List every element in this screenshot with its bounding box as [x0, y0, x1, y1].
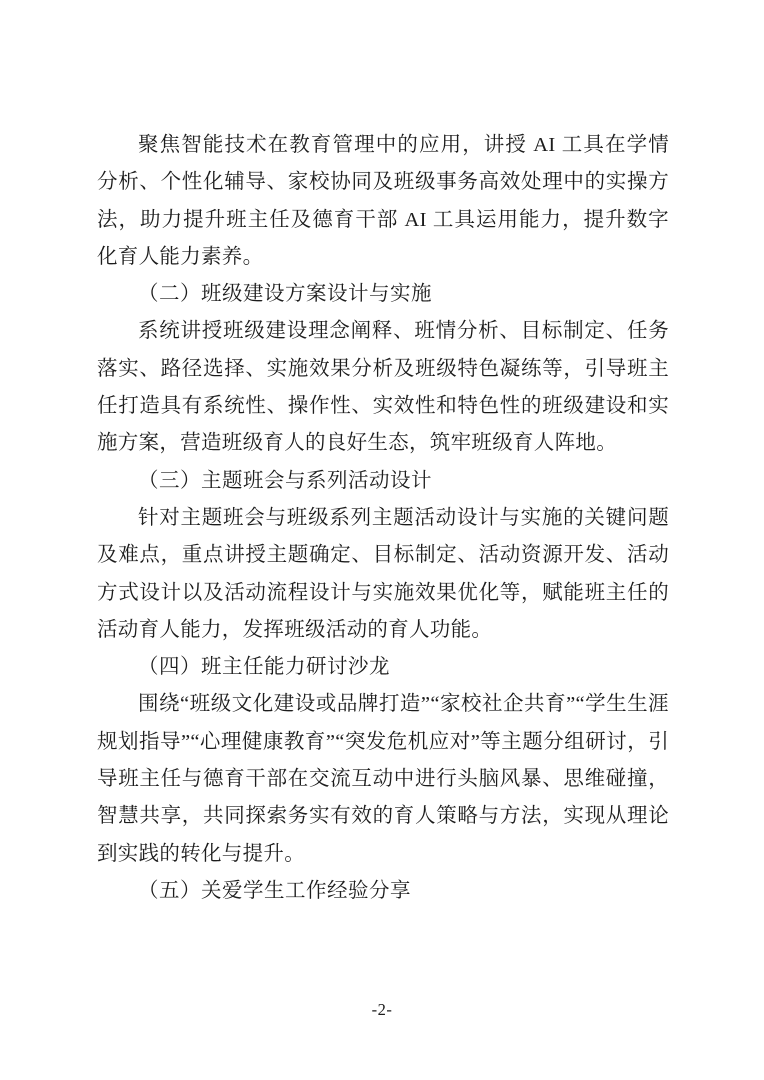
section-heading-3-theme-class-meeting: （三）主题班会与系列活动设计: [97, 463, 669, 500]
paragraph-theme-activity-design: 针对主题班会与班级系列主题活动设计与实施的关键问题及难点，重点讲授主题确定、目标…: [97, 500, 669, 649]
section-heading-4-ability-salon: （四）班主任能力研讨沙龙: [97, 649, 669, 686]
section-heading-5-student-care-sharing: （五）关爱学生工作经验分享: [97, 873, 669, 910]
document-page: 聚焦智能技术在教育管理中的应用，讲授 AI 工具在学情分析、个性化辅导、家校协同…: [0, 0, 764, 1080]
document-body: 聚焦智能技术在教育管理中的应用，讲授 AI 工具在学情分析、个性化辅导、家校协同…: [97, 127, 669, 910]
paragraph-ai-education-tools: 聚焦智能技术在教育管理中的应用，讲授 AI 工具在学情分析、个性化辅导、家校协同…: [97, 127, 669, 276]
paragraph-salon-discussion-topics: 围绕“班级文化建设或品牌打造”“家校社企共育”“学生生涯规划指导”“心理健康教育…: [97, 686, 669, 872]
page-number: -2-: [0, 1000, 764, 1020]
paragraph-class-construction-plan: 系统讲授班级建设理念阐释、班情分析、目标制定、任务落实、路径选择、实施效果分析及…: [97, 313, 669, 462]
section-heading-2-class-construction: （二）班级建设方案设计与实施: [97, 276, 669, 313]
